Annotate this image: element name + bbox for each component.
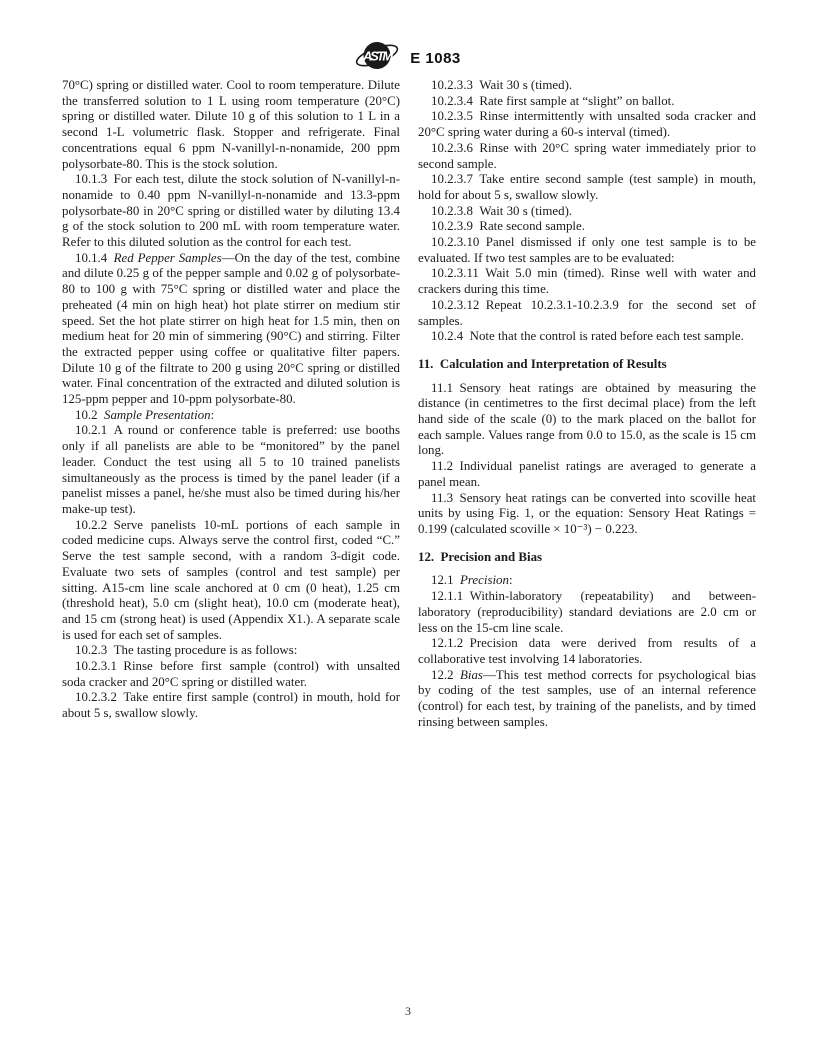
text-run: 10.2.1 A round or conference table is pr… [62,423,400,516]
text-run: 11. Calculation and Interpretation of Re… [418,357,667,371]
paragraph: 10.2.3.4 Rate first sample at “slight” o… [418,94,756,110]
text-run: : [509,573,513,587]
text-run: 10.2.3.6 Rinse with 20°C spring water im… [418,141,756,171]
text-run: 10.1.4 [75,251,114,265]
doc-header: ASTM E 1083 [0,40,816,76]
section-heading: 12. Precision and Bias [418,550,756,566]
text-run: 10.2.3.11 Wait 5.0 min (timed). Rinse we… [418,266,756,296]
text-run: 11.2 Individual panelist ratings are ave… [418,459,756,489]
paragraph: 12.1 Precision: [418,573,756,589]
page-footer: 3 [0,1004,816,1019]
paragraph: 10.2.3.12 Repeat 10.2.3.1-10.2.3.9 for t… [418,298,756,329]
text-run: : [211,408,215,422]
paragraph: 10.1.4 Red Pepper Samples—On the day of … [62,251,400,408]
text-run: 12.1.2 Precision data were derived from … [418,636,756,666]
italic-text-run: Precision [460,573,509,587]
text-run: 10.2.3.2 Take entire first sample (contr… [62,690,400,720]
text-run: 10.2.3.4 Rate first sample at “slight” o… [431,94,674,108]
text-run: 10.2.3 The tasting procedure is as follo… [75,643,297,657]
paragraph: 10.2.3.11 Wait 5.0 min (timed). Rinse we… [418,266,756,297]
paragraph: 70°C) spring or distilled water. Cool to… [62,78,400,172]
text-run: 12.1 [431,573,460,587]
text-run: 10.2.3.3 Wait 30 s (timed). [431,78,572,92]
paragraph: 12.1.2 Precision data were derived from … [418,636,756,667]
paragraph: 10.2.3.2 Take entire first sample (contr… [62,690,400,721]
text-run: 10.2.3.7 Take entire second sample (test… [418,172,756,202]
left-column: 70°C) spring or distilled water. Cool to… [62,78,400,730]
paragraph: 10.2.3.7 Take entire second sample (test… [418,172,756,203]
text-run: 10.2.4 Note that the control is rated be… [431,329,744,343]
paragraph: 10.1.3 For each test, dilute the stock s… [62,172,400,251]
paragraph: 12.2 Bias—This test method corrects for … [418,668,756,731]
paragraph: 11.1 Sensory heat ratings are obtained b… [418,381,756,460]
italic-text-run: Sample Presentation [104,408,211,422]
paragraph: 10.2.3.3 Wait 30 s (timed). [418,78,756,94]
paragraph: 10.2.1 A round or conference table is pr… [62,423,400,517]
section-heading: 11. Calculation and Interpretation of Re… [418,357,756,373]
right-column: 10.2.3.3 Wait 30 s (timed).10.2.3.4 Rate… [418,78,756,730]
paragraph: 10.2.3.1 Rinse before first sample (cont… [62,659,400,690]
text-run: 11.1 Sensory heat ratings are obtained b… [418,381,756,458]
italic-text-run: Bias [460,668,483,682]
paragraph: 10.2 Sample Presentation: [62,408,400,424]
text-run: 10.2.2 Serve panelists 10-mL portions of… [62,518,400,642]
text-run: 12. Precision and Bias [418,550,542,564]
document-page: ASTM E 1083 70°C) spring or distilled wa… [0,0,816,1056]
paragraph: 10.2.3 The tasting procedure is as follo… [62,643,400,659]
text-run: 10.1.3 For each test, dilute the stock s… [62,172,400,249]
astm-logo-icon: ASTM [355,39,401,77]
paragraph: 12.1.1 Within-laboratory (repeatability)… [418,589,756,636]
document-body: 70°C) spring or distilled water. Cool to… [62,78,756,730]
paragraph: 10.2.3.5 Rinse intermittently with unsal… [418,109,756,140]
text-run: 11.3 Sensory heat ratings can be convert… [418,491,756,536]
italic-text-run: Red Pepper Samples [114,251,222,265]
paragraph: 10.2.3.6 Rinse with 20°C spring water im… [418,141,756,172]
text-run: 70°C) spring or distilled water. Cool to… [62,78,400,171]
text-run: 10.2 [75,408,104,422]
text-run: 10.2.3.5 Rinse intermittently with unsal… [418,109,756,139]
paragraph: 10.2.2 Serve panelists 10-mL portions of… [62,518,400,644]
text-run: 12.2 [431,668,460,682]
paragraph: 11.3 Sensory heat ratings can be convert… [418,491,756,538]
page-number: 3 [405,1004,411,1018]
paragraph: 10.2.4 Note that the control is rated be… [418,329,756,345]
doc-number: E 1083 [410,50,461,67]
text-run: 10.2.3.1 Rinse before first sample (cont… [62,659,400,689]
text-run: —On the day of the test, combine and dil… [62,251,400,406]
paragraph: 10.2.3.8 Wait 30 s (timed). [418,204,756,220]
text-run: 12.1.1 Within-laboratory (repeatability)… [418,589,756,634]
text-run: 10.2.3.9 Rate second sample. [431,219,585,233]
text-run: 10.2.3.12 Repeat 10.2.3.1-10.2.3.9 for t… [418,298,756,328]
astm-logo-text: ASTM [362,49,394,64]
text-run: 10.2.3.10 Panel dismissed if only one te… [418,235,756,265]
paragraph: 10.2.3.10 Panel dismissed if only one te… [418,235,756,266]
paragraph: 11.2 Individual panelist ratings are ave… [418,459,756,490]
paragraph: 10.2.3.9 Rate second sample. [418,219,756,235]
text-run: 10.2.3.8 Wait 30 s (timed). [431,204,572,218]
